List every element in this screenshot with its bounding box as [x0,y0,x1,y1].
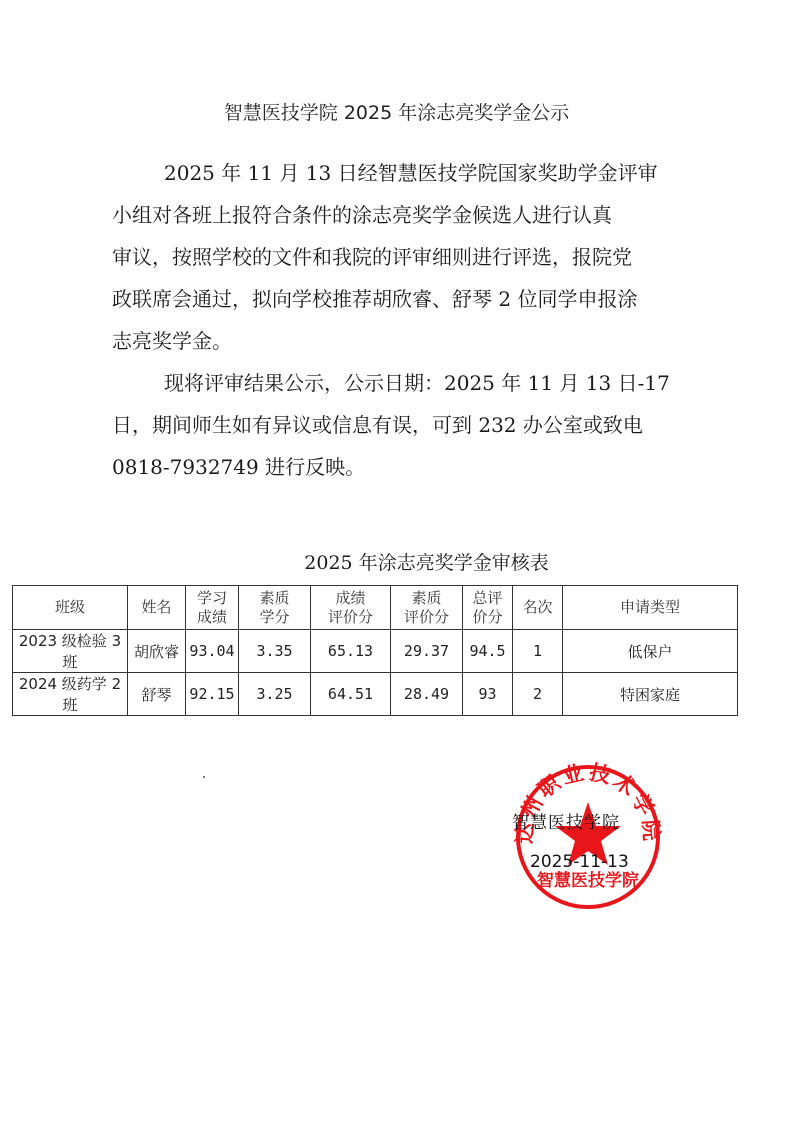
cell-name: 胡欣睿 [128,630,186,673]
cell-application-type: 特困家庭 [563,673,738,716]
official-seal-icon: 达州职业技术学院 智慧医技学院 [513,762,663,912]
paragraph-line: 志亮奖学金。 [112,320,702,362]
header-rank: 名次 [513,586,563,630]
header-quality-credit: 素质学分 [239,586,311,630]
cell-rank: 1 [513,630,563,673]
cell-rank: 2 [513,673,563,716]
cell-total-eval: 94.5 [463,630,513,673]
table-row: 2023 级检验 3 班 胡欣睿 93.04 3.35 65.13 29.37 … [13,630,738,673]
signature-org: 智慧医技学院 [512,808,620,833]
paragraph-line: 小组对各班上报符合条件的涂志亮奖学金候选人进行认真 [112,194,702,236]
cell-score-eval: 64.51 [311,673,391,716]
cell-quality-credit: 3.25 [239,673,311,716]
cell-class: 2023 级检验 3 班 [13,630,128,673]
header-class: 班级 [13,586,128,630]
paragraph-line: 现将评审结果公示，公示日期：2025 年 11 月 13 日-17 [112,362,702,404]
header-quality-eval: 素质评价分 [391,586,463,630]
cell-study-score: 92.15 [186,673,239,716]
paragraph-line: 政联席会通过，拟向学校推荐胡欣睿、舒琴 2 位同学申报涂 [112,278,702,320]
table-title: 2025 年涂志亮奖学金审核表 [0,548,793,575]
cell-quality-eval: 29.37 [391,630,463,673]
paragraph-line: 2025 年 11 月 13 日经智慧医技学院国家奖助学金评审 [112,152,702,194]
cell-quality-eval: 28.49 [391,673,463,716]
paragraph-line: 日，期间师生如有异议或信息有误，可到 232 办公室或致电 [112,404,702,446]
seal-inner-text: 智慧医技学院 [537,870,639,891]
cell-total-eval: 93 [463,673,513,716]
header-total-eval: 总评价分 [463,586,513,630]
scan-speck [266,459,268,461]
header-score-eval: 成绩评价分 [311,586,391,630]
table-row: 2024 级药学 2 班 舒琴 92.15 3.25 64.51 28.49 9… [13,673,738,716]
cell-name: 舒琴 [128,673,186,716]
signature-date: 2025-11-13 [530,852,629,872]
cell-quality-credit: 3.35 [239,630,311,673]
header-study-score: 学习成绩 [186,586,239,630]
cell-score-eval: 65.13 [311,630,391,673]
paragraph-line: 0818-7932749 进行反映。 [112,446,702,488]
paragraph-publicity-notice: 现将评审结果公示，公示日期：2025 年 11 月 13 日-17 日，期间师生… [112,362,702,488]
document-title: 智慧医技学院 2025 年涂志亮奖学金公示 [0,98,793,125]
header-application-type: 申请类型 [563,586,738,630]
cell-study-score: 93.04 [186,630,239,673]
scholarship-review-table: 班级 姓名 学习成绩 素质学分 成绩评价分 素质评价分 总评价分 名次 申请类型… [12,585,738,716]
table-header-row: 班级 姓名 学习成绩 素质学分 成绩评价分 素质评价分 总评价分 名次 申请类型 [13,586,738,630]
cell-application-type: 低保户 [563,630,738,673]
cell-class: 2024 级药学 2 班 [13,673,128,716]
scan-speck [203,776,205,778]
paragraph-review-result: 2025 年 11 月 13 日经智慧医技学院国家奖助学金评审 小组对各班上报符… [112,152,702,362]
header-name: 姓名 [128,586,186,630]
paragraph-line: 审议，按照学校的文件和我院的评审细则进行评选，报院党 [112,236,702,278]
